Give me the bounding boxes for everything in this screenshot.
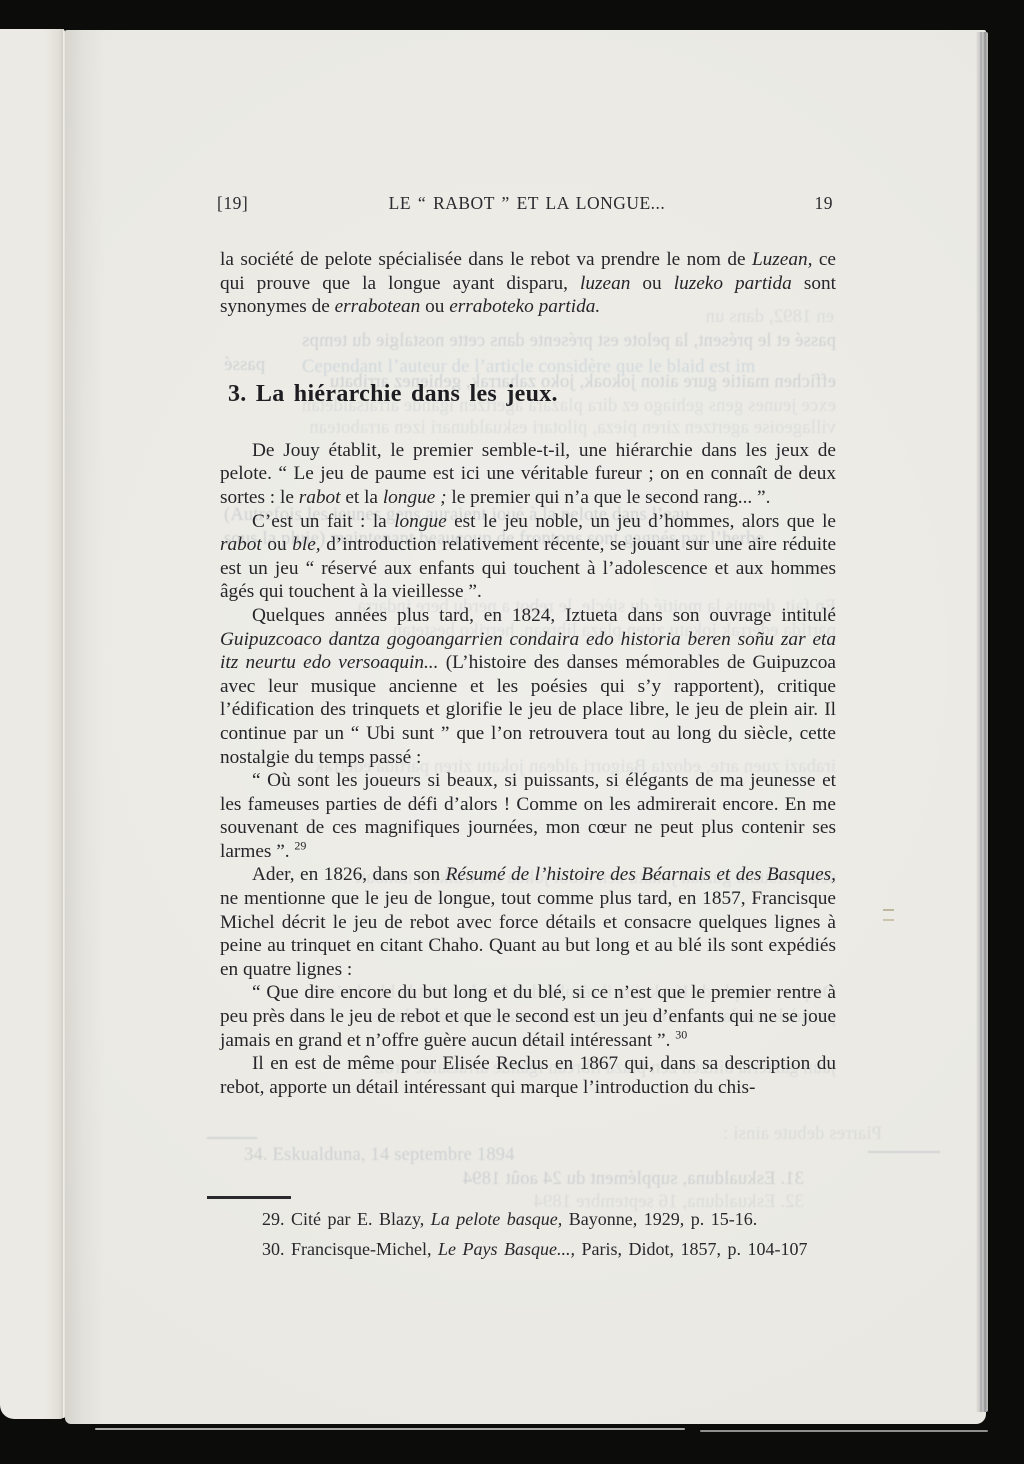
paragraph-9: Il en est de même pour Elisée Reclus en … [220,1052,836,1099]
running-title: LE “ RABOT ” ET LA LONGUE... [217,193,837,214]
page-bottom-edge [95,1428,685,1430]
bleedthrough-line: 34. Eskualduna, 14 septembre 1894 [244,1145,744,1168]
footnote-30: 30. Francisque-Michel, Le Pays Basque...… [262,1238,847,1260]
bleedthrough-rule [868,1151,940,1153]
section-heading: 3. La hiérarchie dans les jeux. [220,379,836,409]
facing-page-edge [0,29,64,1419]
page-number: 19 [815,193,834,214]
paragraph-3: De Jouy établit, le premier semble-t-il,… [220,439,836,510]
footnote-29: 29. Cité par E. Blazy, La pelote basque,… [262,1208,847,1230]
paragraph-6: “ Où sont les joueurs si beaux, si puiss… [220,769,836,863]
bleedthrough-line: Piarres debute ainsi : [642,1124,882,1147]
running-header: [19] LE “ RABOT ” ET LA LONGUE... 19 [217,193,837,217]
scanned-book-photo: en 1892, dans unpassé et le présent, la … [0,0,1024,1464]
body-text: la société de pelote spécialisée dans le… [220,248,836,1099]
book-page: en 1892, dans unpassé et le présent, la … [65,30,986,1424]
page-edge-stack [976,32,988,1412]
bleedthrough-rule [207,1137,257,1139]
paragraph-4: C’est un fait : la longue est le jeu nob… [220,510,836,604]
paragraph-1: la société de pelote spécialisée dans le… [220,248,836,319]
paragraph-7: Ader, en 1826, dans son Résumé de l’hist… [220,863,836,981]
paragraph-8: “ Que dire encore du but long et du blé,… [220,981,836,1052]
bleedthrough-line: 31. Eskualduna, supplément du 24 août 18… [244,1169,804,1192]
paragraph-5: Quelques années plus tard, en 1824, Iztu… [220,604,836,769]
scan-speck-artifact [883,909,894,921]
page-bottom-edge [700,1430,988,1432]
footnote-rule [207,1196,291,1199]
